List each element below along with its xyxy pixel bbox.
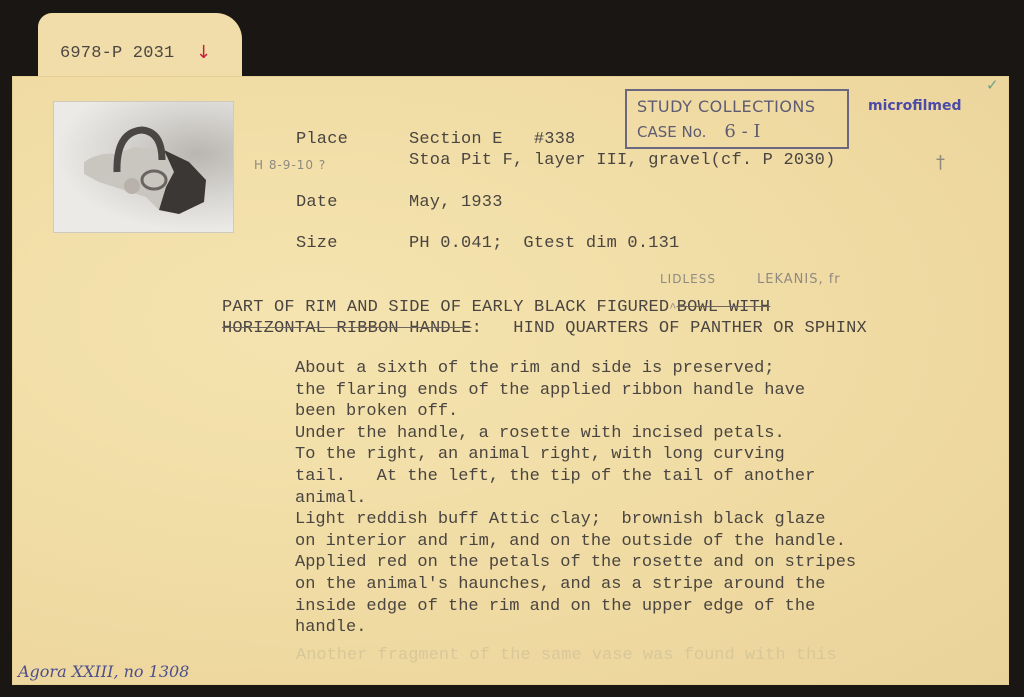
agora-reference: Agora XXIII, no 1308 (18, 662, 189, 681)
description: About a sixth of the rim and side is pre… (295, 358, 856, 639)
annotation-lidless: LIDLESS (660, 272, 716, 286)
description-line: been broken off. (295, 401, 856, 423)
title-line-2: HORIZONTAL RIBBON HANDLE: HIND QUARTERS … (222, 319, 867, 338)
description-line: Applied red on the petals of the rosette… (295, 552, 856, 574)
artifact-photo (53, 101, 234, 233)
title-line-1: PART OF RIM AND SIDE OF EARLY BLACK FIGU… (222, 298, 770, 317)
description-line: tail. At the left, the tip of the tail o… (295, 466, 856, 488)
description-line: Under the handle, a rosette with incised… (295, 423, 856, 445)
grid-note: H 8-9-10 ? (254, 158, 326, 172)
date-label: Date (296, 193, 338, 212)
description-line: the flaring ends of the applied ribbon h… (295, 380, 856, 402)
pencil-mark-icon: † (936, 152, 945, 173)
description-line: on the animal's haunches, and as a strip… (295, 574, 856, 596)
description-line: animal. (295, 488, 856, 510)
microfilmed-stamp: microfilmed (868, 98, 962, 114)
catalog-number: 6978-P 2031 (60, 44, 174, 63)
place-label: Place (296, 130, 348, 149)
tab-notch-left (8, 40, 42, 77)
pottery-fragment-icon (54, 102, 233, 232)
description-line: About a sixth of the rim and side is pre… (295, 358, 856, 380)
size-label: Size (296, 234, 338, 253)
annotation-lekanis: LEKANIS, fr (757, 272, 841, 287)
place-value-1: Section E #338 (409, 130, 575, 149)
description-line: inside edge of the rim and on the upper … (295, 596, 856, 618)
green-check-icon: ✓ (986, 76, 999, 94)
date-value: May, 1933 (409, 193, 503, 212)
description-line: To the right, an animal right, with long… (295, 444, 856, 466)
stamp-title: STUDY COLLECTIONS (637, 97, 816, 116)
red-check-mark-icon: ↓ (196, 42, 211, 63)
size-value: PH 0.041; Gtest dim 0.131 (409, 234, 679, 253)
description-line: handle. (295, 617, 856, 639)
study-collections-stamp: STUDY COLLECTIONS CASE No.6 - I (625, 89, 849, 149)
description-line: Light reddish buff Attic clay; brownish … (295, 509, 856, 531)
place-value-2: Stoa Pit F, layer III, gravel(cf. P 2030… (409, 151, 835, 170)
faded-ghost-text: Another fragment of the same vase was fo… (296, 646, 837, 665)
description-line: on interior and rim, and on the outside … (295, 531, 856, 553)
case-number: CASE No.6 - I (637, 121, 761, 142)
